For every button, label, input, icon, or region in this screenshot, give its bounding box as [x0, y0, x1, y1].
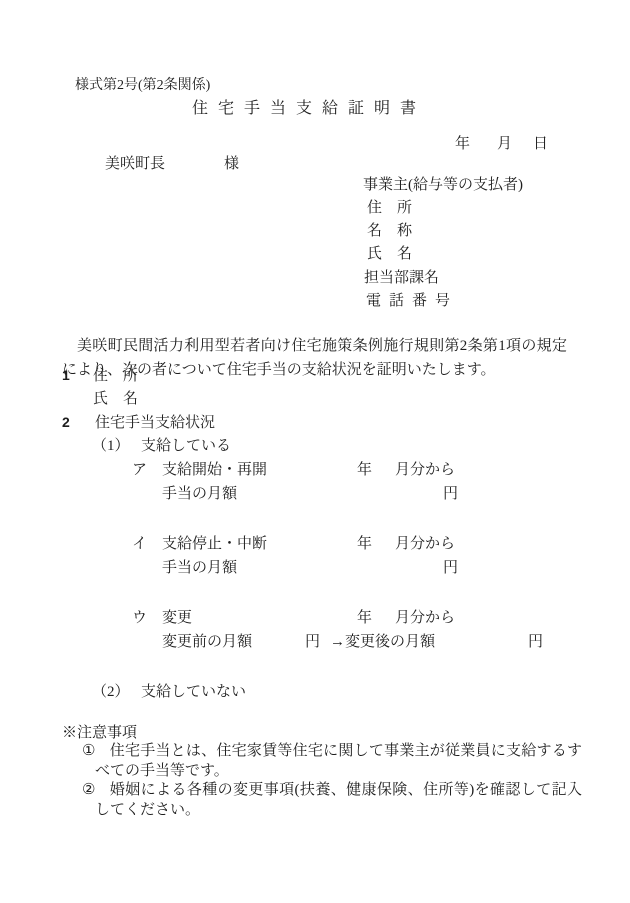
row-change-month-from-label: 月分から — [395, 609, 455, 627]
row-start-amount-label: 手当の月額 — [162, 485, 237, 503]
row-start-year-label: 年 — [357, 461, 372, 479]
document-page: 様式第2号(第2条関係) 住宅手当支給証明書 年 月 日 美咲町長 様 事業主(… — [0, 0, 630, 903]
item1-label: 支給している — [141, 437, 231, 455]
note-item-1: ①住宅手当とは、住宅家賃等住宅に関して事業主が従業員に支給するすべての手当等です… — [82, 742, 582, 781]
row-stop-amount-label: 手当の月額 — [162, 559, 237, 577]
date-month-label: 月 — [497, 135, 512, 153]
item2-marker: （2） — [92, 683, 130, 701]
item2-label: 支給していない — [141, 683, 246, 701]
note-2-text: 婚姻による各種の変更事項(扶養、健康保険、住所等)を確認して記入してください。 — [95, 782, 582, 818]
addressee-name: 美咲町長 — [105, 155, 165, 173]
employer-org-name-label: 名 称 — [367, 222, 412, 240]
note-1-text: 住宅手当とは、住宅家賃等住宅に関して事業主が従業員に支給するすべての手当等です。 — [95, 743, 582, 779]
row-stop-year-label: 年 — [357, 535, 372, 553]
section1-address-label: 住 所 — [93, 367, 138, 385]
row-change-yen-before-label: 円 — [305, 633, 320, 651]
employer-phone-label: 電話番号 — [366, 292, 458, 310]
row-start-yen-label: 円 — [443, 485, 458, 503]
row-start-marker: ア — [132, 461, 147, 479]
row-change-after-amount-label: →変更後の月額 — [330, 633, 435, 651]
document-title: 住宅手当支給証明書 — [192, 99, 426, 118]
section1-name-label: 氏 名 — [93, 390, 138, 408]
section1-number: 1 — [62, 367, 70, 384]
row-start-month-from-label: 月分から — [395, 461, 455, 479]
row-change-marker: ウ — [132, 609, 147, 627]
section2-heading: 住宅手当支給状況 — [95, 414, 215, 432]
notes-heading: ※注意事項 — [62, 724, 137, 742]
section2-number: 2 — [62, 414, 70, 431]
row-change-label: 変更 — [162, 609, 192, 627]
employer-address-label: 住 所 — [367, 199, 412, 217]
row-stop-yen-label: 円 — [443, 559, 458, 577]
row-start-label: 支給開始・再開 — [162, 461, 267, 479]
row-change-yen-after-label: 円 — [528, 633, 543, 651]
row-stop-month-from-label: 月分から — [395, 535, 455, 553]
form-number: 様式第2号(第2条関係) — [75, 78, 210, 95]
employer-department-label: 担当部課名 — [364, 269, 439, 287]
row-stop-marker: イ — [132, 535, 147, 553]
date-day-label: 日 — [533, 135, 548, 153]
employer-person-name-label: 氏 名 — [367, 245, 412, 263]
note-1-marker: ① — [82, 743, 96, 759]
note-item-2: ②婚姻による各種の変更事項(扶養、健康保険、住所等)を確認して記入してください。 — [82, 781, 582, 820]
item1-marker: （1） — [92, 437, 130, 455]
employer-heading: 事業主(給与等の支払者) — [363, 176, 523, 194]
row-change-year-label: 年 — [357, 609, 372, 627]
row-change-before-amount-label: 変更前の月額 — [162, 633, 252, 651]
note-2-marker: ② — [82, 782, 96, 798]
date-year-label: 年 — [455, 135, 470, 153]
row-stop-label: 支給停止・中断 — [162, 535, 267, 553]
addressee-honorific: 様 — [224, 155, 239, 173]
